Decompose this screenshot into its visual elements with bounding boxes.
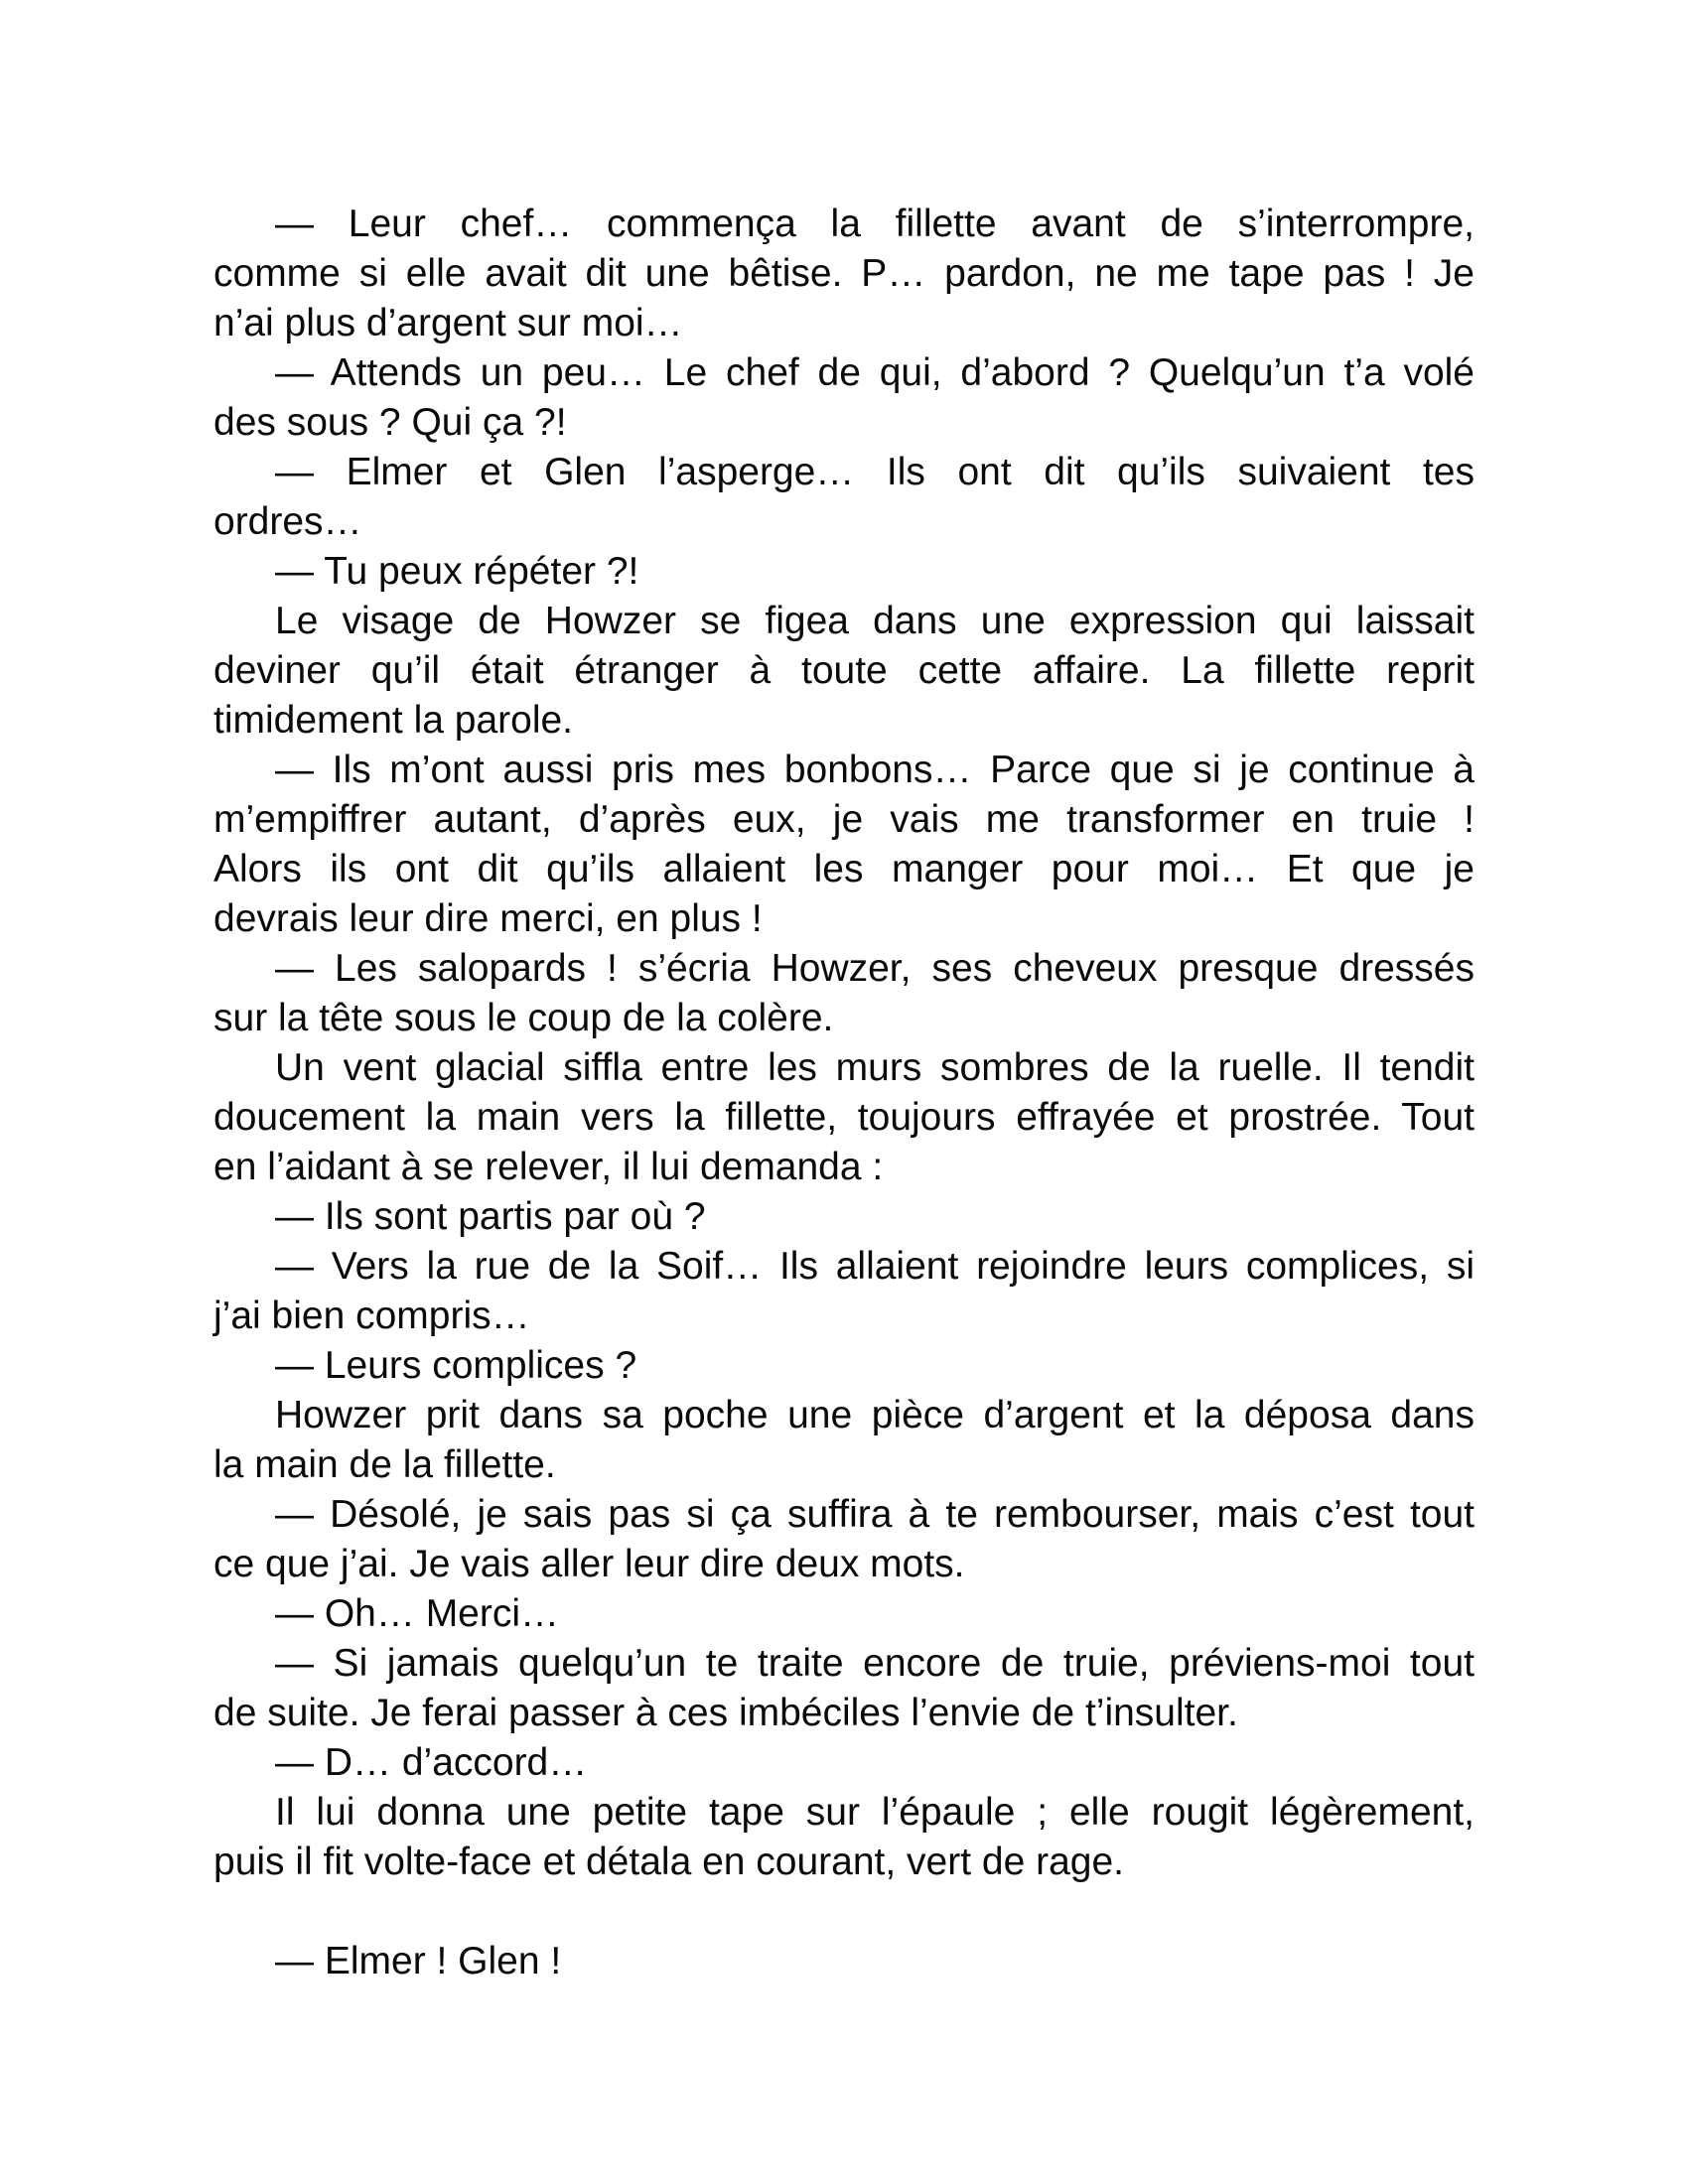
- text-line: — Elmer et Glen l’asperge… Ils ont dit q…: [213, 448, 1475, 497]
- paragraph: — Ils m’ont aussi pris mes bonbons… Parc…: [213, 746, 1475, 944]
- paragraph: — D… d’accord…: [213, 1738, 1475, 1788]
- paragraph: — Si jamais quelqu’un te traite encore d…: [213, 1639, 1475, 1738]
- text-line: — Tu peux répéter ?!: [213, 547, 1475, 597]
- paragraph: — Elmer ! Glen !: [213, 1937, 1475, 1986]
- text-line: n’ai plus d’argent sur moi…: [213, 299, 1475, 348]
- text-line: — Ils sont partis par où ?: [213, 1192, 1475, 1242]
- text-line: Un vent glacial siffla entre les murs so…: [213, 1043, 1475, 1093]
- paragraph: — Ils sont partis par où ?: [213, 1192, 1475, 1242]
- paragraph: — Leurs complices ?: [213, 1341, 1475, 1391]
- text-line: la main de la fillette.: [213, 1440, 1475, 1490]
- section-break: [213, 1887, 1475, 1937]
- text-column: — Leur chef… commença la fillette avant …: [213, 200, 1475, 1986]
- paragraph: — Les salopards ! s’écria Howzer, ses ch…: [213, 944, 1475, 1043]
- text-line: Il lui donna une petite tape sur l’épaul…: [213, 1788, 1475, 1838]
- paragraph: Le visage de Howzer se figea dans une ex…: [213, 597, 1475, 746]
- text-line: — Si jamais quelqu’un te traite encore d…: [213, 1639, 1475, 1689]
- text-line: des sous ? Qui ça ?!: [213, 398, 1475, 448]
- text-line: devrais leur dire merci, en plus !: [213, 894, 1475, 944]
- text-line: — D… d’accord…: [213, 1738, 1475, 1788]
- paragraph: — Tu peux répéter ?!: [213, 547, 1475, 597]
- paragraph: Il lui donna une petite tape sur l’épaul…: [213, 1788, 1475, 1887]
- text-line: ce que j’ai. Je vais aller leur dire deu…: [213, 1540, 1475, 1589]
- text-line: doucement la main vers la fillette, touj…: [213, 1093, 1475, 1143]
- text-line: — Les salopards ! s’écria Howzer, ses ch…: [213, 944, 1475, 994]
- document-page: — Leur chef… commença la fillette avant …: [0, 0, 1688, 2184]
- text-line: — Leurs complices ?: [213, 1341, 1475, 1391]
- text-line: — Elmer ! Glen !: [213, 1937, 1475, 1986]
- text-line: comme si elle avait dit une bêtise. P… p…: [213, 249, 1475, 299]
- text-line: puis il fit volte-face et détala en cour…: [213, 1838, 1475, 1887]
- text-line: — Désolé, je sais pas si ça suffira à te…: [213, 1490, 1475, 1540]
- text-line: timidement la parole.: [213, 696, 1475, 746]
- paragraph: — Attends un peu… Le chef de qui, d’abor…: [213, 348, 1475, 448]
- text-line: — Ils m’ont aussi pris mes bonbons… Parc…: [213, 746, 1475, 795]
- text-line: Le visage de Howzer se figea dans une ex…: [213, 597, 1475, 646]
- text-line: Alors ils ont dit qu’ils allaient les ma…: [213, 845, 1475, 894]
- text-line: — Leur chef… commença la fillette avant …: [213, 200, 1475, 249]
- paragraph: — Oh… Merci…: [213, 1589, 1475, 1639]
- text-line: sur la tête sous le coup de la colère.: [213, 994, 1475, 1043]
- text-line: — Vers la rue de la Soif… Ils allaient r…: [213, 1242, 1475, 1292]
- paragraph: — Vers la rue de la Soif… Ils allaient r…: [213, 1242, 1475, 1341]
- paragraph: Un vent glacial siffla entre les murs so…: [213, 1043, 1475, 1192]
- text-line: ordres…: [213, 497, 1475, 547]
- text-line: deviner qu’il était étranger à toute cet…: [213, 646, 1475, 696]
- paragraph: — Elmer et Glen l’asperge… Ils ont dit q…: [213, 448, 1475, 547]
- text-line: — Oh… Merci…: [213, 1589, 1475, 1639]
- text-line: de suite. Je ferai passer à ces imbécile…: [213, 1689, 1475, 1738]
- paragraph: — Désolé, je sais pas si ça suffira à te…: [213, 1490, 1475, 1589]
- text-line: en l’aidant à se relever, il lui demanda…: [213, 1143, 1475, 1192]
- text-line: Howzer prit dans sa poche une pièce d’ar…: [213, 1391, 1475, 1440]
- text-line: j’ai bien compris…: [213, 1292, 1475, 1341]
- text-line: — Attends un peu… Le chef de qui, d’abor…: [213, 348, 1475, 398]
- paragraph: — Leur chef… commença la fillette avant …: [213, 200, 1475, 348]
- paragraph: Howzer prit dans sa poche une pièce d’ar…: [213, 1391, 1475, 1490]
- text-line: m’empiffrer autant, d’après eux, je vais…: [213, 795, 1475, 845]
